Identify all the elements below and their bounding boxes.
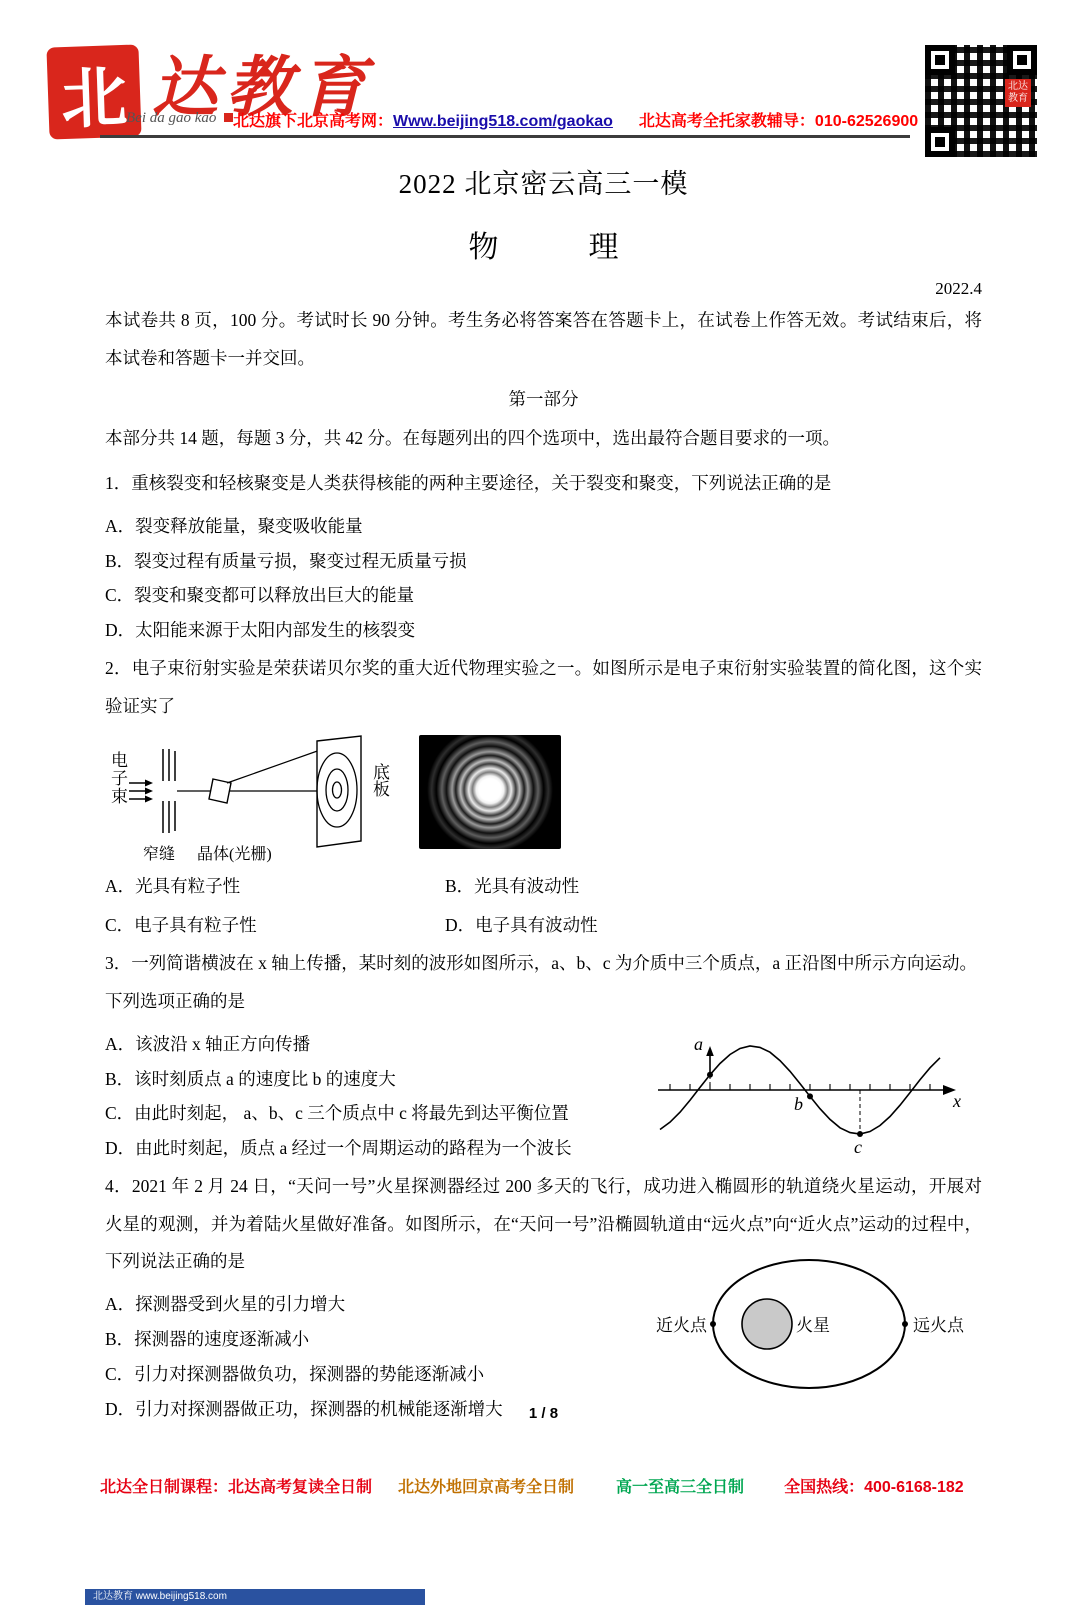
qr-finder-top-right bbox=[1007, 45, 1037, 75]
axis-ticks bbox=[670, 1084, 930, 1090]
mars-circle bbox=[742, 1299, 792, 1349]
footer-banner: 北达全日制课程：北达高考复读全日制北达外地回京高考全日制高一至高三全日制全国热线… bbox=[100, 1474, 1000, 1497]
q3-body: A．该波沿 x 轴正方向传播 B．该时刻质点 a 的速度比 b 的速度大 C．由… bbox=[105, 1034, 982, 1161]
perigee-dot bbox=[710, 1321, 716, 1327]
perigee-label: 近火点 bbox=[656, 1316, 708, 1335]
footer-program-3: 高一至高三全日制 bbox=[616, 1479, 744, 1496]
watermark-bar: 北达教育 www.beijing518.com bbox=[85, 1589, 425, 1605]
wave-diagram: a b c x bbox=[650, 1018, 970, 1158]
point-a-dot bbox=[707, 1071, 713, 1077]
label-a: a bbox=[694, 1034, 703, 1054]
point-b-dot bbox=[807, 1093, 813, 1099]
plate-label: 底板 bbox=[367, 763, 392, 797]
mars-label: 火星 bbox=[796, 1316, 830, 1335]
part1-description: 本部分共 14 题，每题 3 分，共 42 分。在每题列出的四个选项中，选出最符… bbox=[105, 420, 982, 457]
label-x: x bbox=[952, 1091, 961, 1111]
velocity-arrowhead bbox=[706, 1046, 714, 1056]
part1-heading: 第一部分 bbox=[105, 386, 982, 411]
diffracted-ray bbox=[227, 749, 323, 783]
slit-lines bbox=[163, 749, 175, 833]
qr-code: 北达教育 bbox=[925, 45, 1037, 157]
exam-title: 2022 北京密云高三一模 bbox=[105, 162, 982, 201]
q2-stem: 2．电子束衍射实验是荣获诺贝尔奖的重大近代物理实验之一。如图所示是电子束衍射实验… bbox=[105, 650, 982, 725]
question-3: 3．一列简谐横波在 x 轴上传播，某时刻的波形如图所示，a、b、c 为介质中三个… bbox=[105, 945, 982, 1160]
q1-stem: 1．重核裂变和轻核聚变是人类获得核能的两种主要途径，关于裂变和聚变，下列说法正确… bbox=[105, 465, 982, 503]
footer-program-1: 北达高考复读全日制 bbox=[228, 1479, 372, 1496]
q4-body: A．探测器受到火星的引力增大 B．探测器的速度逐渐减小 C．引力对探测器做负功，… bbox=[105, 1294, 982, 1421]
mars-orbit-diagram: 近火点 火星 远火点 bbox=[637, 1248, 982, 1400]
header-divider bbox=[100, 135, 910, 138]
subject-title: 物 理 bbox=[105, 222, 982, 266]
q3-stem: 3．一列简谐横波在 x 轴上传播，某时刻的波形如图所示，a、b、c 为介质中三个… bbox=[105, 945, 982, 983]
footer-program-label: 北达全日制课程： bbox=[100, 1479, 228, 1496]
q1-option-d: D．太阳能来源于太阳内部发生的核裂变 bbox=[105, 620, 982, 642]
apogee-label: 远火点 bbox=[913, 1316, 965, 1335]
page-number: 1 / 8 bbox=[0, 1405, 1087, 1422]
footer-hotline: 全国热线：400-6168-182 bbox=[784, 1479, 964, 1496]
question-2: 2．电子束衍射实验是荣获诺贝尔奖的重大近代物理实验之一。如图所示是电子束衍射实验… bbox=[105, 650, 982, 937]
diffraction-pattern-photo bbox=[419, 735, 561, 849]
q2-option-b: B．光具有波动性 bbox=[445, 867, 745, 898]
electron-beam-label: 电子束 bbox=[105, 751, 130, 805]
crystal-label: 晶体(光栅) bbox=[197, 841, 272, 864]
q1-option-a: A．裂变释放能量，聚变吸收能量 bbox=[105, 516, 982, 538]
nav-label-tutoring: 北达高考全托家教辅导：010-62526900 bbox=[639, 113, 918, 130]
footer-program-2: 北达外地回京高考全日制 bbox=[398, 1479, 574, 1496]
exam-date: 2022.4 bbox=[105, 279, 982, 299]
q2-figure: 电子束 窄缝 晶体(光栅) 底板 bbox=[105, 735, 982, 865]
q3-stem-line2: 下列选项正确的是 bbox=[105, 983, 982, 1021]
qr-finder-top-left bbox=[925, 45, 955, 75]
header-nav-line: 北达旗下北京高考网：Www.beijing518.com/gaokao北达高考全… bbox=[233, 108, 918, 131]
q2-options: A．光具有粒子性 B．光具有波动性 C．电子具有粒子性 D．电子具有波动性 bbox=[105, 867, 745, 937]
nav-label-gaokao: 北达旗下北京高考网： bbox=[233, 113, 393, 130]
beijing518-link[interactable]: Www.beijing518.com/gaokao bbox=[393, 113, 613, 130]
electron-beam-arrows bbox=[129, 780, 153, 803]
logo-tagline: Bei da gao kao bbox=[126, 110, 233, 127]
exam-notice: 本试卷共 8 页，100 分。考试时长 90 分钟。考生务必将答案答在答题卡上，… bbox=[105, 302, 982, 377]
question-1: 1．重核裂变和轻核聚变是人类获得核能的两种主要途径，关于裂变和聚变，下列说法正确… bbox=[105, 465, 982, 642]
q1-option-c: C．裂变和聚变都可以释放出巨大的能量 bbox=[105, 585, 982, 607]
q2-option-c: C．电子具有粒子性 bbox=[105, 898, 445, 937]
tagline-text: Bei da gao kao bbox=[126, 110, 216, 126]
qr-center-badge: 北达教育 bbox=[1005, 79, 1031, 107]
q2-option-a: A．光具有粒子性 bbox=[105, 867, 445, 898]
apogee-dot bbox=[902, 1321, 908, 1327]
question-4: 4．2021 年 2 月 24 日，“天问一号”火星探测器经过 200 多天的飞… bbox=[105, 1168, 982, 1420]
label-c: c bbox=[854, 1137, 862, 1157]
label-b: b bbox=[794, 1094, 803, 1114]
q1-option-b: B．裂变过程有质量亏损，聚变过程无质量亏损 bbox=[105, 551, 982, 573]
q2-option-d: D．电子具有波动性 bbox=[445, 898, 745, 937]
slit-label: 窄缝 bbox=[143, 841, 175, 864]
electron-diffraction-diagram: 电子束 窄缝 晶体(光栅) 底板 bbox=[105, 735, 405, 865]
seal-char: 北 bbox=[59, 43, 128, 140]
exam-paper: 2022 北京密云高三一模 物 理 2022.4 本试卷共 8 页，100 分。… bbox=[105, 150, 982, 1421]
